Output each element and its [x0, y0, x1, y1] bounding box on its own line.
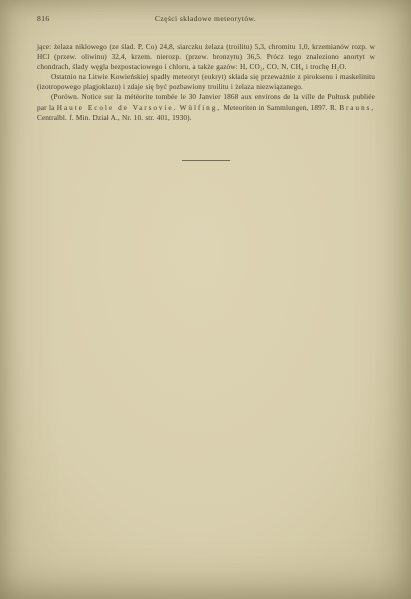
paragraph: Ostatnio na Litwie Kowieńskiej spadły me…	[37, 72, 375, 92]
body-text: jące: żelaza niklowego (ze ślad. P, Co) …	[37, 42, 375, 123]
page-number: 816	[37, 14, 50, 23]
reference-note-spaced-author-1: Wülfing,	[180, 103, 221, 112]
paragraph-continuation: jące: żelaza niklowego (ze ślad. P, Co) …	[37, 42, 375, 72]
reference-note: (Porówn. Notice sur la météorite tombée …	[37, 92, 375, 122]
section-divider	[182, 160, 230, 161]
header-title: Części składowe meteorytów.	[0, 14, 411, 23]
reference-note-text: Centralbl. f. Min. Dział A., Nr. 10. str…	[37, 113, 192, 122]
running-header: 816 Części składowe meteorytów.	[0, 0, 411, 26]
reference-note-spaced-institution: Haute Ecole de Varsovie.	[57, 103, 177, 112]
book-page-scan: 816 Części składowe meteorytów. jące: że…	[0, 0, 411, 599]
reference-note-spaced-author-2: Brauns,	[339, 103, 375, 112]
reference-note-text: Meteoriten in Sammlungen, 1897. R.	[221, 103, 339, 112]
